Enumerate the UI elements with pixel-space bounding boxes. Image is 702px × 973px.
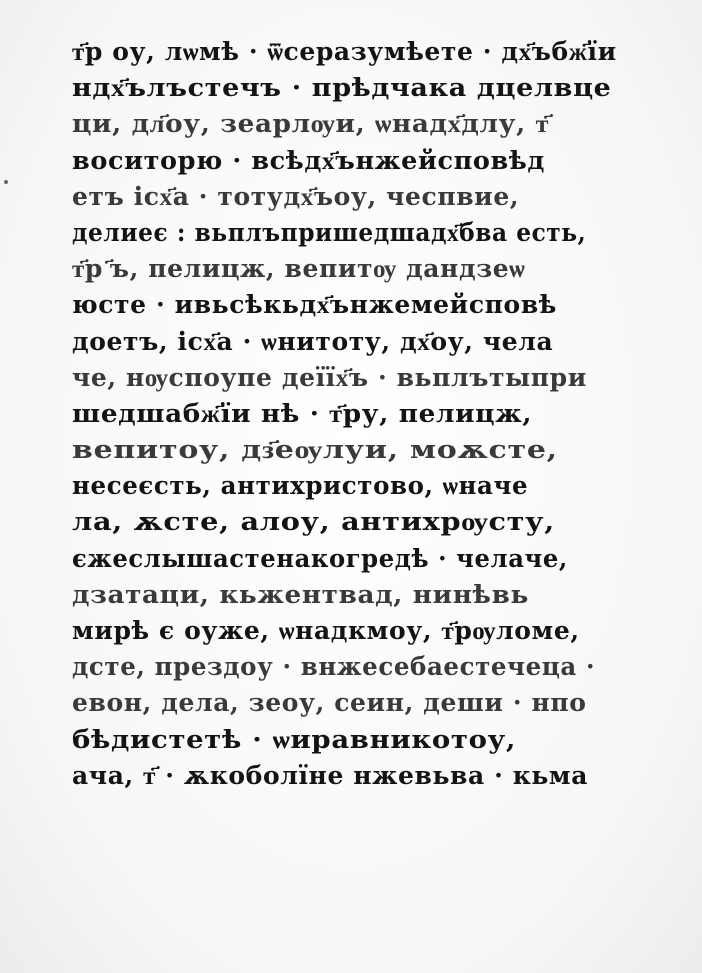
manuscript-line-15: єжеслышастенакогредѣ · челаче, <box>72 541 625 577</box>
margin-mark <box>4 180 8 184</box>
manuscript-line-19: евон, дела, зеоу, сеин, деши · нпо <box>72 685 642 721</box>
manuscript-line-16: дзатаци, кьжентвад, нинѣвь <box>72 577 671 613</box>
manuscript-line-6: делиеє : вьплъпришедшадх҃бва есть, <box>72 215 602 251</box>
manuscript-line-21: ача, т҃ · ѫкоболїне нжевьва · кьма <box>72 758 642 794</box>
manuscript-text-block: т҃р оу, лѡмѣ · ѿсеразумѣете · дх҃ъбж҃їи … <box>72 34 642 794</box>
manuscript-line-7: т҃р ҃ъ, пелицж, вепитѹ дандзеѡ <box>72 251 642 287</box>
manuscript-line-20: бѣдистетѣ · ѡиравникотоу, <box>72 722 699 758</box>
manuscript-line-1: т҃р оу, лѡмѣ · ѿсеразумѣете · дх҃ъбж҃їи <box>72 34 642 70</box>
manuscript-line-5: етъ ісх҃а · тотудх҃ъоу, чеспвие, <box>72 179 642 215</box>
manuscript-line-8: юсте · ивьсѣкьдх҃ънжемейсповѣ <box>72 287 642 323</box>
manuscript-line-14: ла, ѫсте, алоу, антихрѹсту, <box>72 504 702 540</box>
manuscript-line-9: доетъ, ісх҃а · ѡнитоту, дх҃оу, чела <box>72 324 642 360</box>
manuscript-line-4: воситорю · всѣдх҃ънжейсповѣд <box>72 143 653 179</box>
manuscript-line-18: дсте, прездоу · внжесебаестечеца · <box>72 649 631 685</box>
manuscript-line-11: шедшабж҃їи нѣ · т҃ру, пелицж, <box>72 396 671 432</box>
manuscript-line-12: вепитоу, дз҃еѹлуи, моѫсте, <box>72 432 702 468</box>
manuscript-line-2: ндх҃ълъстечъ · прѣдчака дцелвце <box>72 70 688 106</box>
manuscript-line-17: мирѣ є оуже, ѡнадкмоу, т҃рѹломе, <box>72 613 642 649</box>
manuscript-page: т҃р оу, лѡмѣ · ѿсеразумѣете · дх҃ъбж҃їи … <box>0 0 702 973</box>
manuscript-line-3: ци, дл҃оу, зеарлѹи, ѡнадх҃длу, т҃ <box>72 106 671 142</box>
manuscript-line-13: несеєсть, антихристово, ѡначе <box>72 468 631 504</box>
manuscript-line-10: че, нѹспоупе деїїх҃ъ · вьплътыпри <box>72 360 642 396</box>
